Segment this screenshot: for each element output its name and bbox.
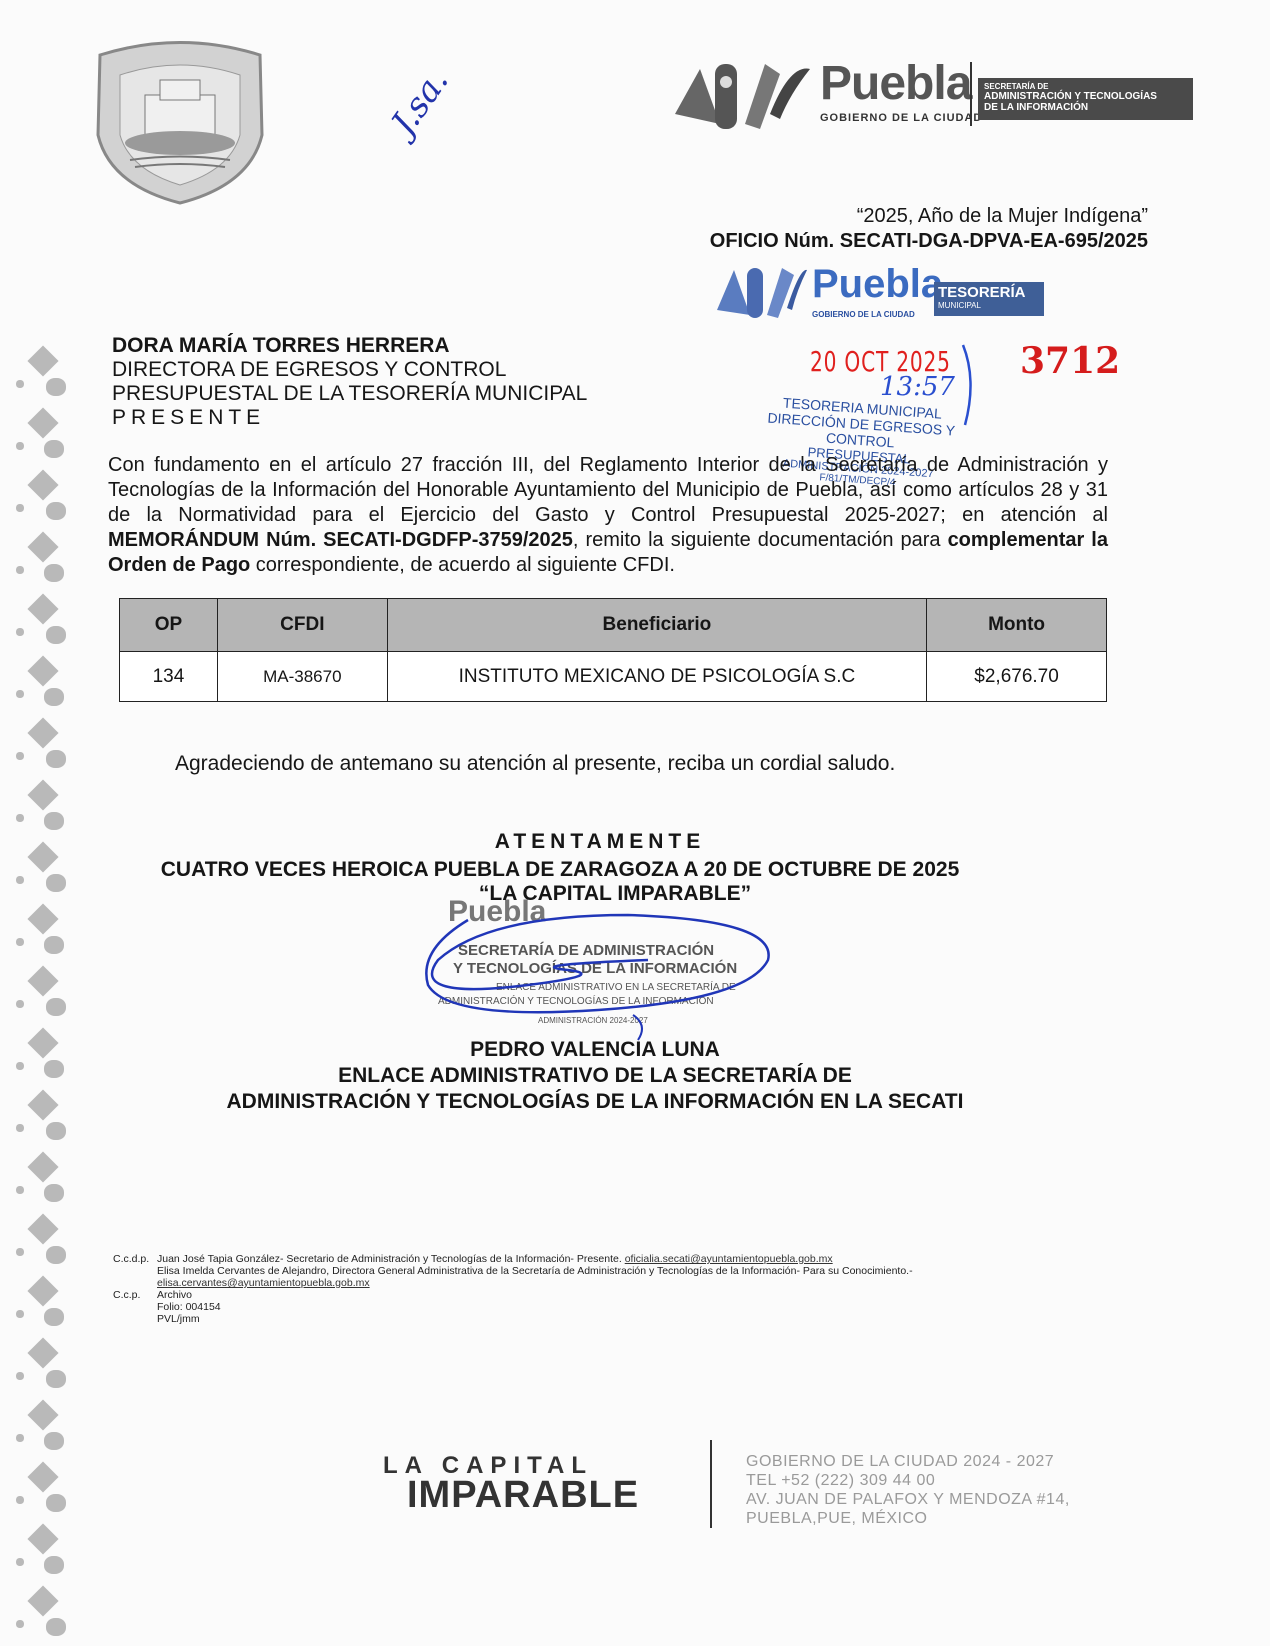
stamp-logo-subtitle: GOBIERNO DE LA CIUDAD xyxy=(812,310,915,319)
border-diamond-shape xyxy=(27,1275,58,1306)
body-text: , remito la siguiente documentación para xyxy=(573,529,948,551)
border-diamond-shape xyxy=(27,407,58,438)
border-diamond-shape xyxy=(27,531,58,562)
border-flower-shape xyxy=(46,1370,66,1388)
email-link[interactable]: oficialia.secati@ayuntamientopuebla.gob.… xyxy=(625,1253,833,1265)
border-diamond-shape xyxy=(27,1151,58,1182)
tesoreria-stamp-logo: Puebla GOBIERNO DE LA CIUDAD TESORERÍA M… xyxy=(712,260,1042,330)
recipient-block: DORA MARÍA TORRES HERRERA DIRECTORA DE E… xyxy=(112,334,587,430)
carbon-copy-block: C.c.d.p.Juan José Tapia González- Secret… xyxy=(113,1253,913,1325)
cell-op: 134 xyxy=(120,652,218,702)
closing-slogan: “LA CAPITAL IMPARABLE” xyxy=(0,882,1230,906)
footer-info-line: AV. JUAN DE PALAFOX Y MENDOZA #14, xyxy=(746,1490,1070,1509)
body-text: correspondiente, de acuerdo al siguiente… xyxy=(250,554,675,576)
border-dot-shape xyxy=(16,1124,24,1132)
stamp-box-subtitle: MUNICIPAL xyxy=(938,301,1040,310)
border-flower-shape xyxy=(46,998,66,1016)
border-flower-shape xyxy=(44,688,64,706)
ccp-archivo: Archivo xyxy=(157,1289,192,1301)
border-diamond-shape xyxy=(27,1461,58,1492)
city-crest-logo xyxy=(90,35,270,205)
border-diamond-shape xyxy=(27,903,58,934)
memo-reference: MEMORÁNDUM Núm. SECATI-DGDFP-3759/2025 xyxy=(108,529,573,551)
cfdi-table: OP CFDI Beneficiario Monto 134 MA-38670 … xyxy=(119,598,1107,702)
ccdp-label: C.c.d.p. xyxy=(113,1253,157,1265)
border-dot-shape xyxy=(16,628,24,636)
column-header-cfdi: CFDI xyxy=(217,599,387,652)
border-flower-shape xyxy=(46,626,66,644)
border-dot-shape xyxy=(16,752,24,760)
recipient-greeting: PRESENTE xyxy=(112,406,587,430)
border-dot-shape xyxy=(16,504,24,512)
body-text: Con fundamento en el artículo 27 fracció… xyxy=(108,454,1108,526)
border-dot-shape xyxy=(16,1434,24,1442)
year-motto: “2025, Año de la Mujer Indígena” xyxy=(857,205,1148,228)
border-flower-shape xyxy=(44,1308,64,1326)
closing-city-date: CUATRO VECES HEROICA PUEBLA DE ZARAGOZA … xyxy=(0,858,1120,882)
border-diamond-shape xyxy=(27,593,58,624)
ccp-recipient: Juan José Tapia González- Secretario de … xyxy=(157,1253,625,1265)
border-dot-shape xyxy=(16,566,24,574)
border-diamond-shape xyxy=(27,655,58,686)
footer-info-line: GOBIERNO DE LA CIUDAD 2024 - 2027 xyxy=(746,1452,1070,1471)
column-header-monto: Monto xyxy=(927,599,1107,652)
recipient-title: DIRECTORA DE EGRESOS Y CONTROL xyxy=(112,358,587,382)
border-dot-shape xyxy=(16,1558,24,1566)
border-diamond-shape xyxy=(27,345,58,376)
logo-box-line: ADMINISTRACIÓN Y TECNOLOGÍAS xyxy=(984,91,1187,102)
logo-box-line: SECRETARÍA DE xyxy=(984,82,1187,91)
border-flower-shape xyxy=(46,750,66,768)
handwritten-initials: J.sa. xyxy=(384,62,457,143)
border-dot-shape xyxy=(16,442,24,450)
border-flower-shape xyxy=(44,1184,64,1202)
closing-thanks: Agradeciendo de antemano su atención al … xyxy=(175,752,895,776)
border-diamond-shape xyxy=(27,1523,58,1554)
border-diamond-shape xyxy=(27,779,58,810)
signature-scribble xyxy=(408,890,788,1050)
border-dot-shape xyxy=(16,1248,24,1256)
border-flower-shape xyxy=(44,936,64,954)
logo-wordmark: Puebla xyxy=(820,56,971,111)
border-flower-shape xyxy=(44,1556,64,1574)
footer-info-line: TEL +52 (222) 309 44 00 xyxy=(746,1471,1070,1490)
signer-name: PEDRO VALENCIA LUNA xyxy=(0,1038,1190,1062)
recipient-title: PRESUPUESTAL DE LA TESORERÍA MUNICIPAL xyxy=(112,382,587,406)
border-flower-shape xyxy=(44,440,64,458)
received-time-handwritten: 13:57 xyxy=(880,372,955,402)
stamp-box-title: TESORERÍA xyxy=(938,284,1040,301)
la-capital-imparable-logo: LA CAPITAL IMPARABLE xyxy=(383,1452,683,1517)
table-row: 134 MA-38670 INSTITUTO MEXICANO DE PSICO… xyxy=(120,652,1107,702)
border-flower-shape xyxy=(46,1246,66,1264)
logo-subtitle: GOBIERNO DE LA CIUDAD xyxy=(820,112,982,124)
stamp-logo-wordmark: Puebla xyxy=(812,262,943,307)
ccp-folio: Folio: 004154 xyxy=(113,1301,913,1313)
border-diamond-shape xyxy=(27,469,58,500)
border-dot-shape xyxy=(16,1000,24,1008)
border-dot-shape xyxy=(16,1372,24,1380)
border-dot-shape xyxy=(16,1620,24,1628)
signer-title: ENLACE ADMINISTRATIVO DE LA SECRETARÍA D… xyxy=(0,1064,1190,1088)
border-diamond-shape xyxy=(27,965,58,996)
recipient-name: DORA MARÍA TORRES HERRERA xyxy=(112,334,587,358)
border-flower-shape xyxy=(46,1122,66,1140)
column-header-beneficiario: Beneficiario xyxy=(387,599,926,652)
cell-monto: $2,676.70 xyxy=(927,652,1107,702)
table-header-row: OP CFDI Beneficiario Monto xyxy=(120,599,1107,652)
border-dot-shape xyxy=(16,690,24,698)
border-dot-shape xyxy=(16,938,24,946)
puebla-secati-logo: Puebla GOBIERNO DE LA CIUDAD SECRETARÍA … xyxy=(670,50,1190,140)
border-flower-shape xyxy=(46,1494,66,1512)
logo-box-line: DE LA INFORMACIÓN xyxy=(984,102,1187,113)
ccp-initials: PVL/jmm xyxy=(113,1313,913,1325)
decorative-border xyxy=(14,350,70,1630)
border-flower-shape xyxy=(46,1618,66,1636)
body-paragraph: Con fundamento en el artículo 27 fracció… xyxy=(108,453,1108,578)
footer-contact-info: GOBIERNO DE LA CIUDAD 2024 - 2027 TEL +5… xyxy=(746,1452,1070,1528)
stamp-tesoreria-box: TESORERÍA MUNICIPAL xyxy=(934,282,1044,316)
border-dot-shape xyxy=(16,1310,24,1318)
border-flower-shape xyxy=(46,378,66,396)
secati-seal-stamp: Puebla SECRETARÍA DE ADMINISTRACIÓN Y TE… xyxy=(408,890,788,1050)
border-flower-shape xyxy=(44,812,64,830)
border-dot-shape xyxy=(16,1186,24,1194)
ccp-recipient: Elisa Imelda Cervantes de Alejandro, Dir… xyxy=(113,1265,913,1277)
border-dot-shape xyxy=(16,380,24,388)
border-dot-shape xyxy=(16,814,24,822)
border-flower-shape xyxy=(46,502,66,520)
column-header-op: OP xyxy=(120,599,218,652)
puebla-emblem-icon xyxy=(712,260,807,320)
border-diamond-shape xyxy=(27,1585,58,1616)
border-diamond-shape xyxy=(27,1213,58,1244)
cell-beneficiario: INSTITUTO MEXICANO DE PSICOLOGÍA S.C xyxy=(387,652,926,702)
oficio-number: OFICIO Núm. SECATI-DGA-DPVA-EA-695/2025 xyxy=(710,230,1148,253)
received-folio-number: 3712 xyxy=(1020,340,1120,382)
border-dot-shape xyxy=(16,1496,24,1504)
closing-atentamente: ATENTAMENTE xyxy=(0,830,1200,854)
logo-department-box: SECRETARÍA DE ADMINISTRACIÓN Y TECNOLOGÍ… xyxy=(978,78,1193,120)
footer-logo-line: IMPARABLE xyxy=(383,1474,683,1517)
puebla-emblem-icon xyxy=(670,54,810,134)
email-link[interactable]: elisa.cervantes@ayuntamientopuebla.gob.m… xyxy=(157,1277,370,1289)
logo-divider xyxy=(970,62,972,126)
signer-title: ADMINISTRACIÓN Y TECNOLOGÍAS DE LA INFOR… xyxy=(0,1090,1190,1114)
border-diamond-shape xyxy=(27,717,58,748)
border-diamond-shape xyxy=(27,1337,58,1368)
border-diamond-shape xyxy=(27,1399,58,1430)
border-flower-shape xyxy=(44,564,64,582)
ccp-label: C.c.p. xyxy=(113,1289,157,1301)
footer-info-line: PUEBLA,PUE, MÉXICO xyxy=(746,1509,1070,1528)
border-flower-shape xyxy=(44,1432,64,1450)
footer-divider xyxy=(710,1440,712,1528)
cell-cfdi: MA-38670 xyxy=(217,652,387,702)
